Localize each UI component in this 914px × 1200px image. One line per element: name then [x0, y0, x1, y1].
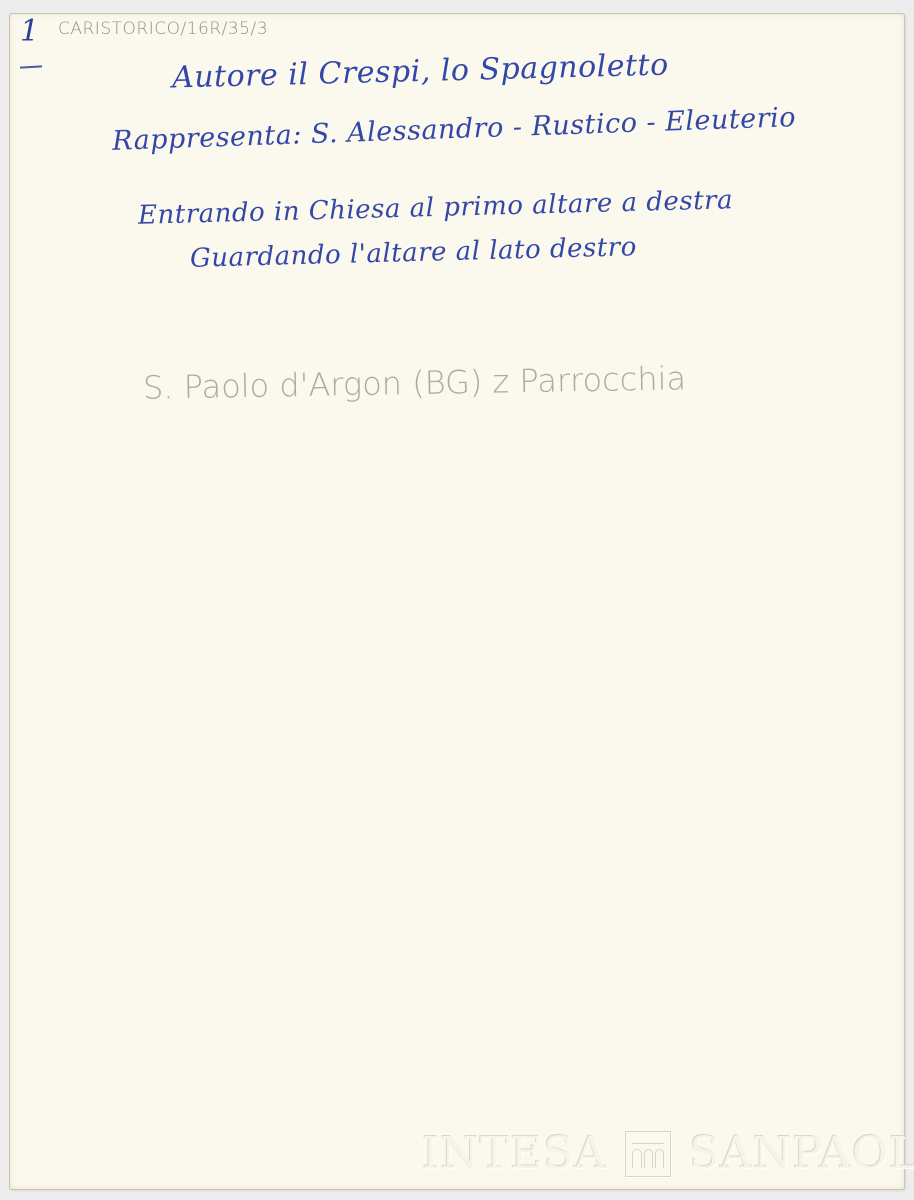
archive-code: CARISTORICO/16R/35/3 [58, 19, 268, 39]
watermark-sanpaolo: SANPAOLO [689, 1132, 914, 1176]
intesa-sanpaolo-watermark: INTESA SANPAOLO [422, 1128, 914, 1180]
photo-verso-sheet [9, 13, 905, 1190]
arches-logo-icon [625, 1131, 671, 1177]
watermark-intesa: INTESA [422, 1132, 607, 1176]
item-number: 1 [20, 14, 40, 49]
